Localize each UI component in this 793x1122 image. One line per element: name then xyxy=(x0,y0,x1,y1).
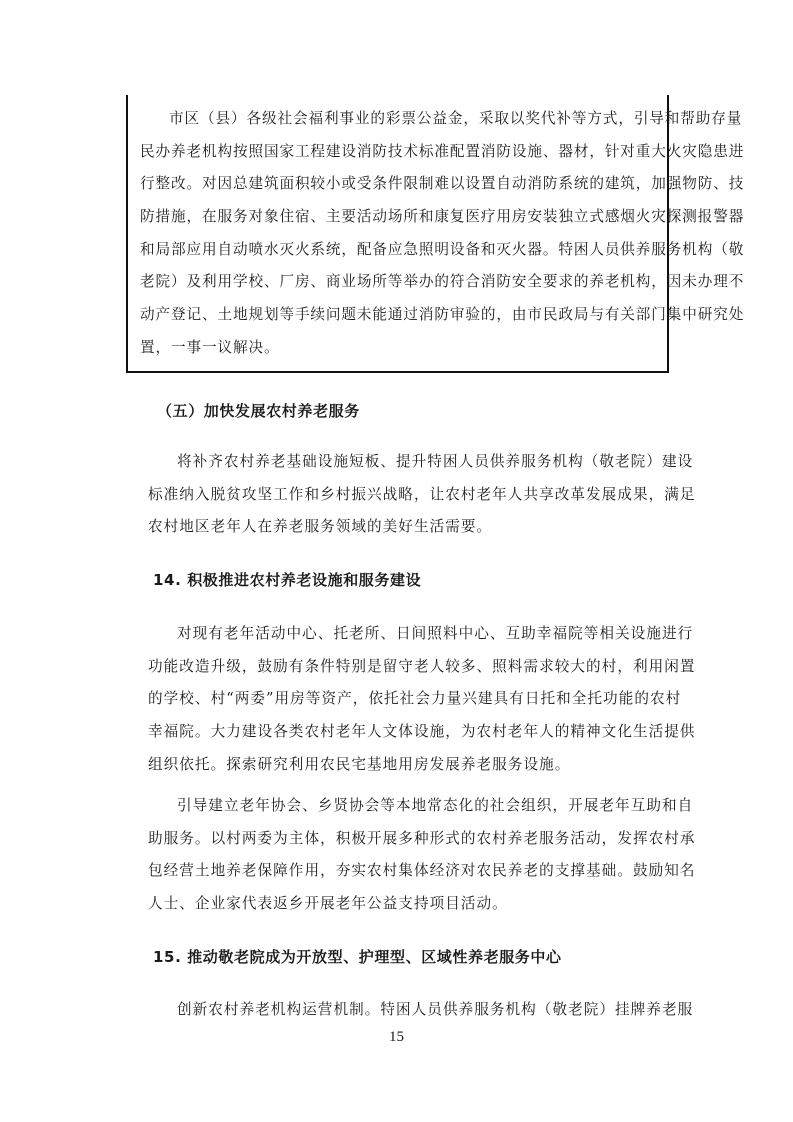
text-line: 的学校、村“两委”用房等资产，依托社会力量兴建具有日托和全托功能的农村 xyxy=(148,689,668,722)
item-14-paragraph-1: 对现有老年活动中心、托老所、日间照料中心、互助幸福院等相关设施进行 功能改造升级… xyxy=(148,624,668,787)
text-line: 助服务。以村两委为主体，积极开展多种形式的农村养老服务活动，发挥农村承 xyxy=(148,829,668,862)
section-heading: （五）加快发展农村养老服务 xyxy=(157,400,360,421)
text-line: 市区（县）各级社会福利事业的彩票公益金，采取以奖代补等方式，引导和帮助存量 xyxy=(140,109,656,142)
text-line: 标准纳入脱贫攻坚工作和乡村振兴战略，让农村老年人共享改革发展成果，满足 xyxy=(148,485,668,518)
text-line: 功能改造升级，鼓励有条件特别是留守老人较多、照料需求较大的村，利用闲置 xyxy=(148,657,668,690)
text-line: 对现有老年活动中心、托老所、日间照料中心、互助幸福院等相关设施进行 xyxy=(148,624,668,657)
item-14-paragraph-2: 引导建立老年协会、乡贤协会等本地常态化的社会组织，开展老年互助和自 助服务。以村… xyxy=(148,796,668,927)
text-line: 民办养老机构按照国家工程建设消防技术标准配置消防设施、器材，针对重大火灾隐患进 xyxy=(140,142,656,175)
text-line: 老院）及利用学校、厂房、商业场所等举办的符合消防安全要求的养老机构，因未办理不 xyxy=(140,272,656,305)
text-line: 创新农村养老机构运营机制。特困人员供养服务机构（敬老院）挂牌养老服 xyxy=(148,1000,668,1033)
document-page: 市区（县）各级社会福利事业的彩票公益金，采取以奖代补等方式，引导和帮助存量 民办… xyxy=(0,0,793,1122)
text-line: 引导建立老年协会、乡贤协会等本地常态化的社会组织，开展老年互助和自 xyxy=(148,796,668,829)
page-number: 15 xyxy=(0,1029,793,1046)
text-line: 包经营土地养老保障作用，夯实农村集体经济对农民养老的支撑基础。鼓励知名 xyxy=(148,861,668,894)
text-line: 和局部应用自动喷水灭火系统，配备应急照明设备和灭火器。特困人员供养服务机构（敬 xyxy=(140,240,656,273)
text-line: 置，一事一议解决。 xyxy=(140,338,656,371)
text-line: 人士、企业家代表返乡开展老年公益支持项目活动。 xyxy=(148,894,668,927)
section-5-paragraph: 将补齐农村养老基础设施短板、提升特困人员供养服务机构（敬老院）建设 标准纳入脱贫… xyxy=(148,452,668,550)
text-line: 防措施，在服务对象住宿、主要活动场所和康复医疗用房安装独立式感烟火灾探测报警器 xyxy=(140,207,656,240)
text-line: 动产登记、土地规划等手续问题未能通过消防审验的，由市民政局与有关部门集中研究处 xyxy=(140,305,656,338)
boxed-note-text: 市区（县）各级社会福利事业的彩票公益金，采取以奖代补等方式，引导和帮助存量 民办… xyxy=(140,109,656,371)
text-line: 组织依托。探索研究利用农民宅基地用房发展养老服务设施。 xyxy=(148,755,668,788)
item-15-paragraph: 创新农村养老机构运营机制。特困人员供养服务机构（敬老院）挂牌养老服 xyxy=(148,1000,668,1033)
text-line: 行整改。对因总建筑面积较小或受条件限制难以设置自动消防系统的建筑，加强物防、技 xyxy=(140,174,656,207)
item-15-heading: 15. 推动敬老院成为开放型、护理型、区域性养老服务中心 xyxy=(153,946,562,967)
text-line: 农村地区老年人在养老服务领域的美好生活需要。 xyxy=(148,517,668,550)
item-14-heading: 14. 积极推进农村养老设施和服务建设 xyxy=(153,569,421,590)
boxed-note: 市区（县）各级社会福利事业的彩票公益金，采取以奖代补等方式，引导和帮助存量 民办… xyxy=(126,95,669,373)
text-line: 将补齐农村养老基础设施短板、提升特困人员供养服务机构（敬老院）建设 xyxy=(148,452,668,485)
text-line: 幸福院。大力建设各类农村老年人文体设施，为农村老年人的精神文化生活提供 xyxy=(148,722,668,755)
